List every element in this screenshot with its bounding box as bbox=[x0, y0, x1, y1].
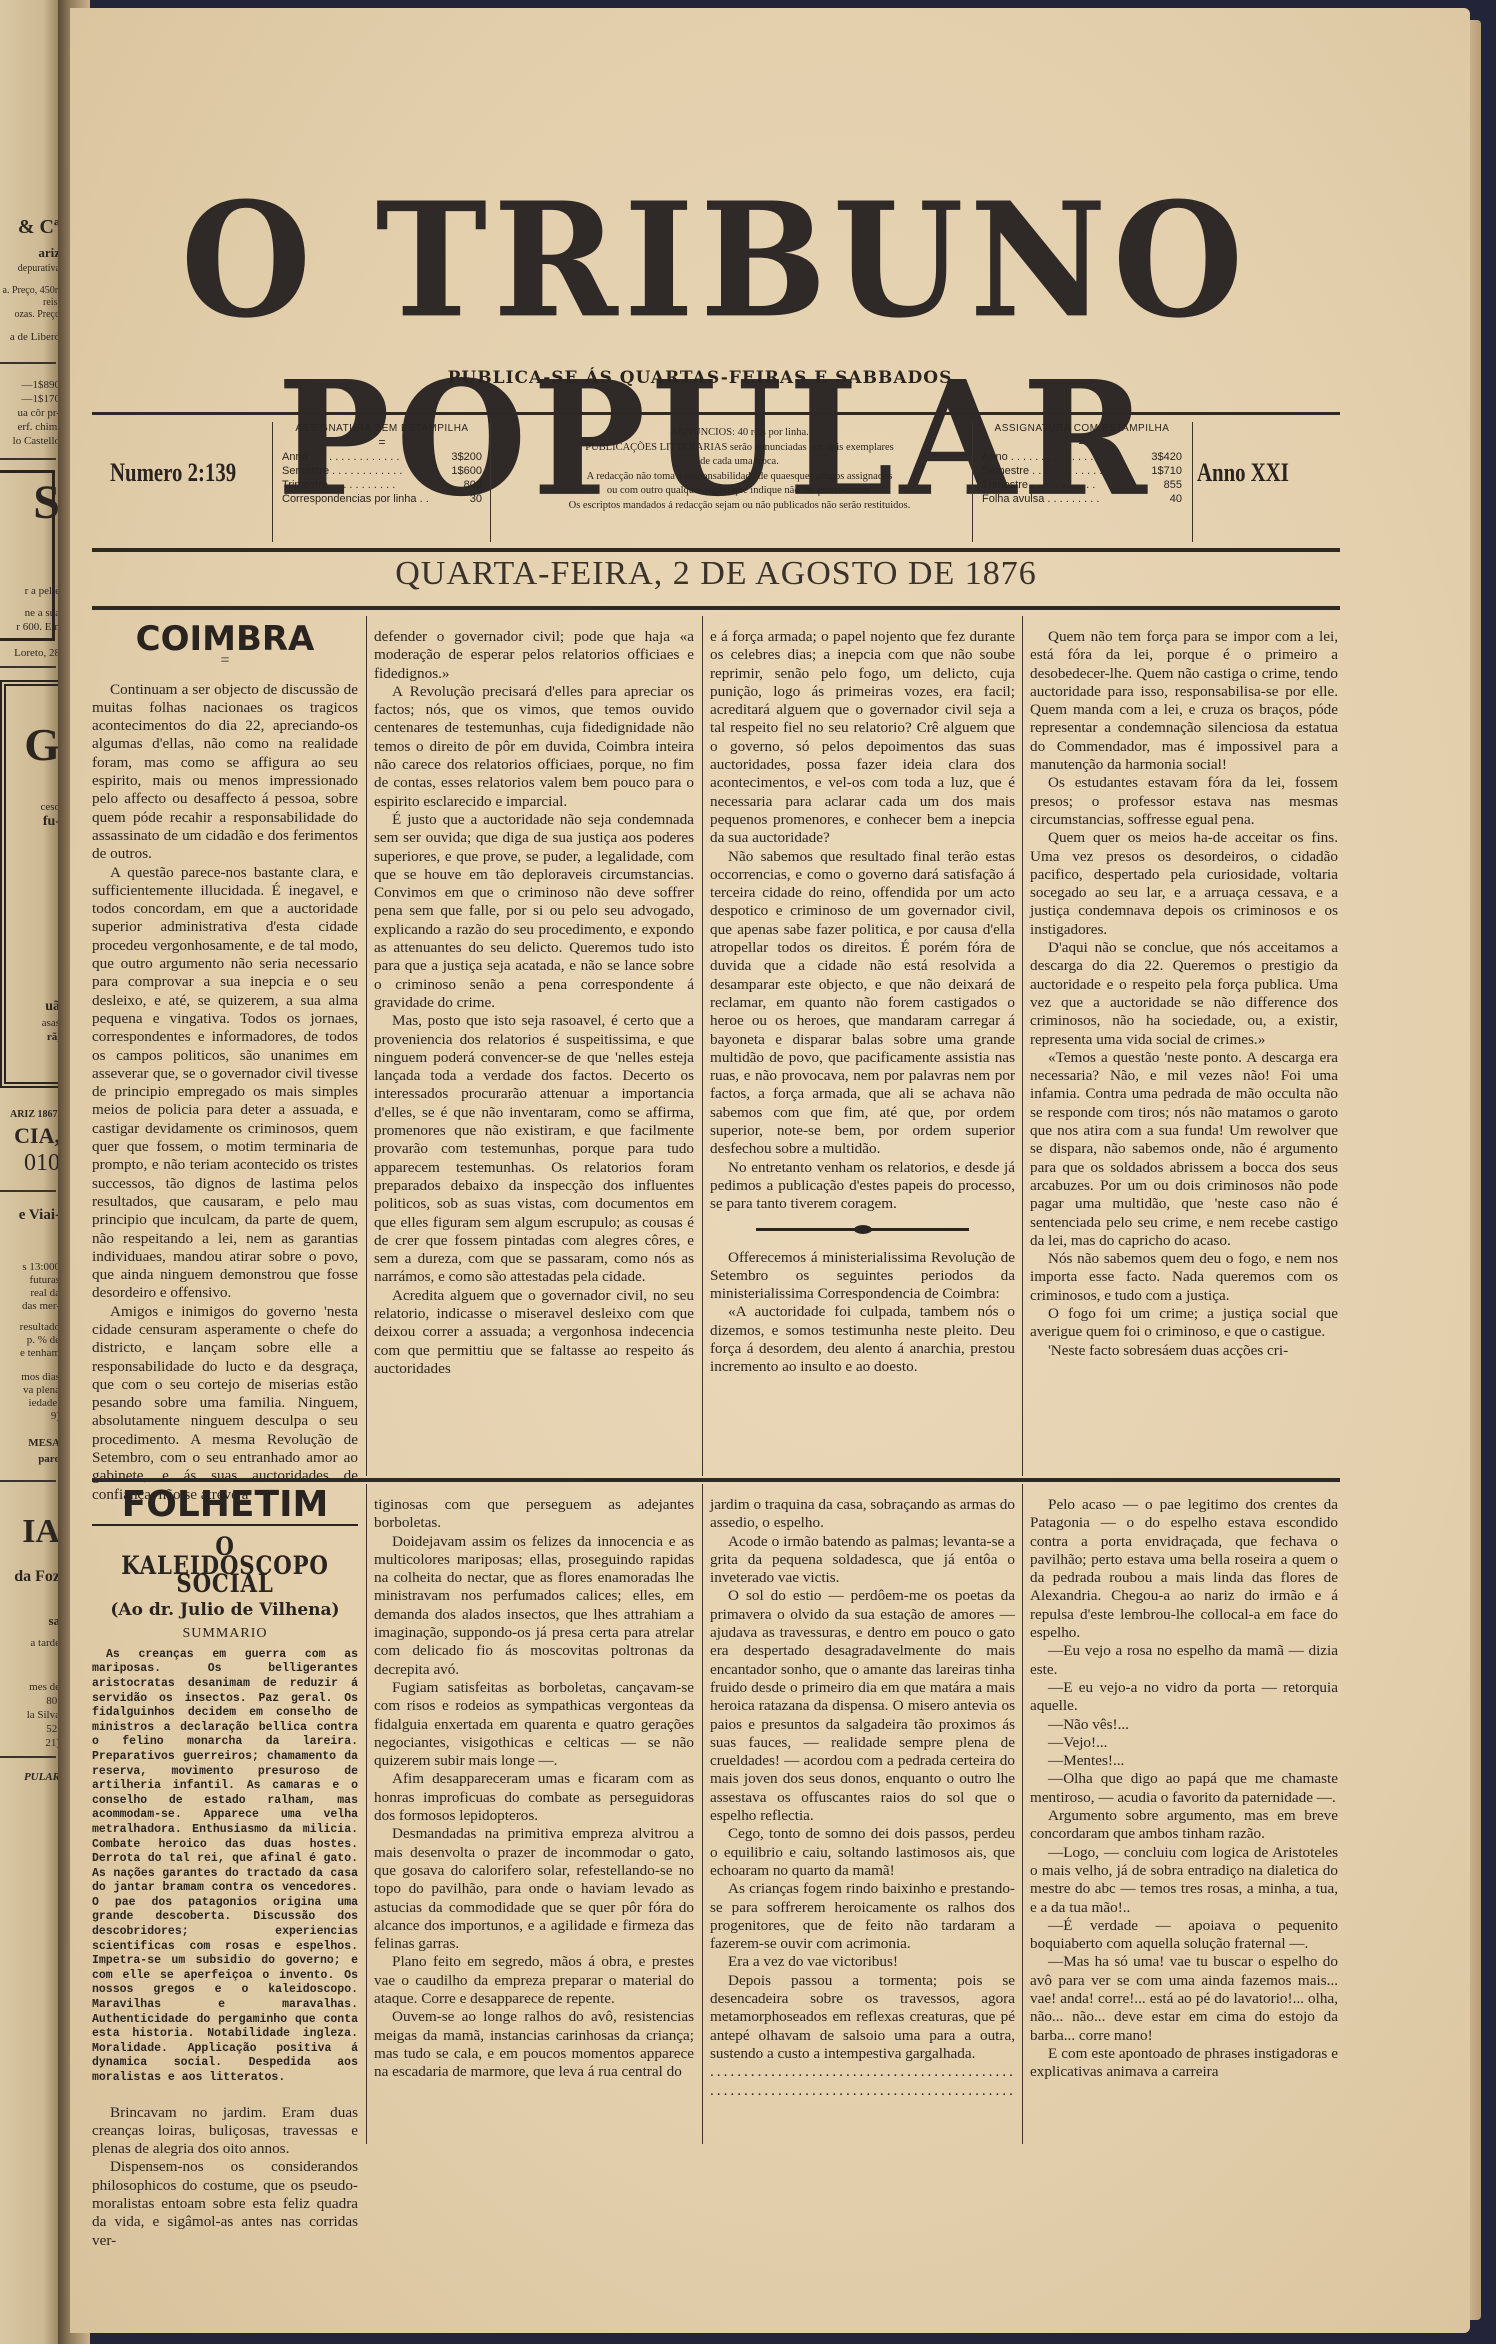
prev-fragment: PULAR bbox=[0, 1770, 60, 1784]
divider bbox=[272, 422, 273, 542]
dialogue: —Logo, — concluiu com logica de Aristote… bbox=[1030, 1844, 1338, 1917]
column-divider bbox=[366, 616, 367, 1476]
prev-fragment: r 600. Em bbox=[0, 620, 60, 634]
paragraph: Os estudantes estavam fóra da lei, fosse… bbox=[1030, 774, 1338, 829]
prev-fragment: va plena bbox=[0, 1383, 60, 1397]
prev-fragment: ua côr pr- bbox=[0, 406, 60, 420]
ellipsis-line: ........................................… bbox=[710, 2082, 1015, 2100]
paragraph: As crianças fogem rindo baixinho e prest… bbox=[710, 1880, 1015, 1953]
paragraph: Acode o irmão batendo as palmas; levanta… bbox=[710, 1533, 1015, 1588]
divider bbox=[1192, 422, 1193, 542]
prev-fragment: IA bbox=[0, 1514, 60, 1550]
column-divider bbox=[366, 1484, 367, 2144]
paragraph: Brincavam no jardim. Eram duas creanças … bbox=[92, 2104, 358, 2159]
article-coimbra-col1: COIMBRA = Continuam a ser objecto de dis… bbox=[92, 630, 358, 1504]
article-coimbra-col3: e á força armada; o papel nojento que fe… bbox=[710, 628, 1015, 1377]
masthead-rule-bottom bbox=[92, 548, 1340, 552]
dialogue: —Mentes!... bbox=[1030, 1752, 1338, 1770]
prev-fragment: ceso bbox=[0, 800, 60, 814]
divider bbox=[972, 422, 973, 542]
subscription-with-stamp: ASSIGNATURA COM ESTAMPILHA = Anno . . . … bbox=[982, 422, 1182, 506]
prev-fragment: —1$170 bbox=[0, 392, 60, 406]
summary: As creanças em guerra com as mariposas. … bbox=[92, 1648, 358, 2086]
paragraph: Continuam a ser objecto de discussão de … bbox=[92, 681, 358, 864]
paragraph: Mas, posto que isto seja rasoavel, é cer… bbox=[374, 1012, 694, 1286]
article-heading: COIMBRA bbox=[92, 630, 358, 648]
ornamental-rule bbox=[756, 1228, 970, 1231]
paragraph: Quem não tem força para se impor com a l… bbox=[1030, 628, 1338, 774]
paragraph: Era a vez do vae victoribus! bbox=[710, 1953, 1015, 1971]
prev-fragment: fu- bbox=[0, 815, 60, 829]
prev-fragment: ne a sua bbox=[0, 606, 60, 620]
folhetim-col2: tiginosas com que perseguem as adejantes… bbox=[374, 1496, 694, 2082]
paragraph: «Temos a questão 'neste ponto. A descarg… bbox=[1030, 1049, 1338, 1250]
dedication: (Ao dr. Julio de Vilhena) bbox=[92, 1601, 358, 1619]
prev-fragment: real da bbox=[0, 1286, 60, 1300]
prev-fragment: e Viai- bbox=[0, 1208, 60, 1222]
prev-fragment: ariz bbox=[0, 246, 60, 260]
paragraph: Depois passou a tormenta; pois se desenc… bbox=[710, 1972, 1015, 2063]
paragraph: Pelo acaso — o pae legitimo dos crentes … bbox=[1030, 1496, 1338, 1642]
prev-fragment: —1$890 bbox=[0, 378, 60, 392]
article-coimbra-col2: defender o governador civil; pode que ha… bbox=[374, 628, 694, 1378]
quote: «A auctoridade foi culpada, tambem nós o… bbox=[710, 1303, 1015, 1376]
prev-fragment: e tenham bbox=[0, 1346, 60, 1360]
paragraph: e á força armada; o papel nojento que fe… bbox=[710, 628, 1015, 848]
divider bbox=[490, 422, 491, 542]
paragraph: Dispensem-nos os considerandos philosoph… bbox=[92, 2158, 358, 2249]
paragraph: Plano feito em segredo, mãos á obra, e p… bbox=[374, 1953, 694, 2008]
previous-page-edge: & Cª ariz depurativa a. Preço, 450r. rei… bbox=[0, 0, 62, 2344]
paragraph: É justo que a auctoridade não seja conde… bbox=[374, 811, 694, 1012]
prev-fragment: rã, bbox=[0, 1030, 60, 1044]
date-rule bbox=[92, 606, 1340, 610]
prev-fragment: resultado bbox=[0, 1320, 60, 1334]
prev-fragment: 52. bbox=[0, 1722, 60, 1736]
masthead-rule-top bbox=[92, 412, 1340, 415]
prev-fragment: depurativa bbox=[0, 262, 60, 276]
prev-fragment: asas bbox=[0, 1016, 60, 1030]
prev-fragment: CIA, bbox=[0, 1124, 60, 1148]
paragraph: Argumento sobre argumento, mas em breve … bbox=[1030, 1807, 1338, 1844]
paragraph: 'Neste facto sobresáem duas acções cri- bbox=[1030, 1342, 1338, 1360]
paragraph: E com este apontoado de phrases instigad… bbox=[1030, 2045, 1338, 2082]
prev-fragment: a tarde bbox=[0, 1636, 60, 1650]
ellipsis-line: ........................................… bbox=[710, 2063, 1015, 2081]
prev-fragment: G bbox=[0, 720, 60, 770]
paragraph: Offerecemos á ministerialissima Revoluçã… bbox=[710, 1249, 1015, 1304]
folhetim-col1: FOLHETIM O KALEIDOSCOPO SOCIAL (Ao dr. J… bbox=[92, 1496, 358, 2250]
paragraph: Fugiam satisfeitas as borboletas, cançav… bbox=[374, 1679, 694, 1770]
prev-fragment: a de Liberd bbox=[0, 330, 60, 344]
paragraph: jardim o traquina da casa, sobraçando as… bbox=[710, 1496, 1015, 1533]
dialogue: —Vejo!... bbox=[1030, 1734, 1338, 1752]
folhetim-col4: Pelo acaso — o pae legitimo dos crentes … bbox=[1030, 1496, 1338, 2082]
dialogue: —É verdade — apoiava o pequenito boquiab… bbox=[1030, 1917, 1338, 1954]
column-divider bbox=[702, 616, 703, 1476]
paragraph: O fogo foi um crime; a justiça social qu… bbox=[1030, 1305, 1338, 1342]
dialogue: —Eu vejo a rosa no espelho da mamã — diz… bbox=[1030, 1642, 1338, 1679]
prev-fragment: mes de bbox=[0, 1680, 60, 1694]
prev-fragment: iedade. bbox=[0, 1396, 60, 1410]
announcements-notice: ANNUNCIOS: 40 réis por linha. PUBLICAÇÕE… bbox=[517, 426, 962, 513]
story-title: O KALEIDOSCOPO SOCIAL bbox=[112, 1538, 338, 1593]
paragraph: A questão parece-nos bastante clara, e s… bbox=[92, 864, 358, 1303]
paragraph: No entretanto venham os relatorios, e de… bbox=[710, 1159, 1015, 1214]
prev-fragment: 21) bbox=[0, 1736, 60, 1750]
paragraph: Desmandadas na primitiva empreza alvitro… bbox=[374, 1825, 694, 1953]
paragraph: Cego, tonto de somno dei dois passos, pe… bbox=[710, 1825, 1015, 1880]
prev-fragment: 80. bbox=[0, 1694, 60, 1708]
prev-fragment: r a pelle bbox=[0, 584, 60, 598]
prev-fragment: uã bbox=[0, 1000, 60, 1014]
prev-fragment: ARIZ 1867. bbox=[0, 1108, 60, 1122]
issue-date: QUARTA-FEIRA, 2 DE AGOSTO DE 1876 bbox=[92, 555, 1340, 593]
paragraph: Acredita alguem que o governador civil, … bbox=[374, 1287, 694, 1378]
prev-fragment: erf. chim. bbox=[0, 420, 60, 434]
prev-fragment: da Foz bbox=[0, 1570, 60, 1584]
paragraph: O sol do estio — perdôem-me os poetas da… bbox=[710, 1587, 1015, 1825]
prev-fragment: 9) bbox=[0, 1409, 60, 1423]
prev-fragment: ozas. Preço bbox=[0, 308, 60, 322]
paragraph: Doidejavam assim os felizes da innocenci… bbox=[374, 1533, 694, 1679]
prev-fragment: lo Castello bbox=[0, 434, 60, 448]
prev-fragment: paro bbox=[0, 1452, 60, 1466]
prev-fragment: mos dias bbox=[0, 1370, 60, 1384]
paragraph: Nós não sabemos quem deu o fogo, e nem n… bbox=[1030, 1250, 1338, 1305]
paragraph: A Revolução precisará d'elles para aprec… bbox=[374, 683, 694, 811]
dialogue: —Mas ha só uma! vae tu buscar o espelho … bbox=[1030, 1953, 1338, 2044]
folhetim-rule bbox=[92, 1478, 1340, 1482]
volume-year: Anno XXI bbox=[1197, 458, 1289, 488]
prev-fragment: Loreto, 28 bbox=[0, 646, 60, 660]
prev-fragment: p. % de bbox=[0, 1333, 60, 1347]
folhetim-heading: FOLHETIM bbox=[92, 1496, 358, 1514]
subscription-without-stamp: ASSIGNATURA SEM ESTAMPILHA = Anno . . . … bbox=[282, 422, 482, 506]
dialogue: —Não vês!... bbox=[1030, 1716, 1338, 1734]
paragraph: defender o governador civil; pode que ha… bbox=[374, 628, 694, 683]
column-divider bbox=[1022, 1484, 1023, 2144]
prev-fragment: 010 bbox=[0, 1150, 60, 1176]
prev-fragment: MESA bbox=[0, 1436, 60, 1450]
column-divider bbox=[702, 1484, 703, 2144]
dialogue: —Olha que digo ao papá que me chamaste m… bbox=[1030, 1770, 1338, 1807]
dialogue: —E eu vejo-a no vidro da porta — retorqu… bbox=[1030, 1679, 1338, 1716]
prev-fragment: S bbox=[0, 478, 60, 528]
paragraph: Amigos e inimigos do governo 'nesta cida… bbox=[92, 1303, 358, 1504]
publication-schedule: PUBLICA-SE ÁS QUARTAS-FEIRAS E SABBADOS bbox=[380, 368, 1020, 388]
prev-fragment: & Cª bbox=[0, 220, 60, 234]
paragraph: Não sabemos que resultado final terão es… bbox=[710, 848, 1015, 1159]
article-coimbra-col4: Quem não tem força para se impor com a l… bbox=[1030, 628, 1338, 1360]
paragraph: Quem quer os meios ha-de acceitar os fin… bbox=[1030, 829, 1338, 939]
prev-fragment: la Silva bbox=[0, 1708, 60, 1722]
column-divider bbox=[1022, 616, 1023, 1476]
summary-heading: SUMMARIO bbox=[92, 1625, 358, 1643]
prev-fragment: sa bbox=[0, 1614, 60, 1628]
masthead-info-box: Numero 2:139 ASSIGNATURA SEM ESTAMPILHA … bbox=[92, 418, 1340, 546]
prev-fragment: das mer- bbox=[0, 1299, 60, 1313]
issue-number: Numero 2:139 bbox=[110, 458, 236, 488]
prev-fragment: futuras bbox=[0, 1273, 60, 1287]
paragraph: tiginosas com que perseguem as adejantes… bbox=[374, 1496, 694, 1533]
prev-fragment: s 13:000 bbox=[0, 1260, 60, 1274]
paragraph: Afim desappareceram umas e ficaram com a… bbox=[374, 1770, 694, 1825]
folhetim-col3: jardim o traquina da casa, sobraçando as… bbox=[710, 1496, 1015, 2100]
paragraph: D'aqui não se conclue, que nós acceitamo… bbox=[1030, 939, 1338, 1049]
paragraph: Ouvem-se ao longe ralhos do avô, resiste… bbox=[374, 2008, 694, 2081]
